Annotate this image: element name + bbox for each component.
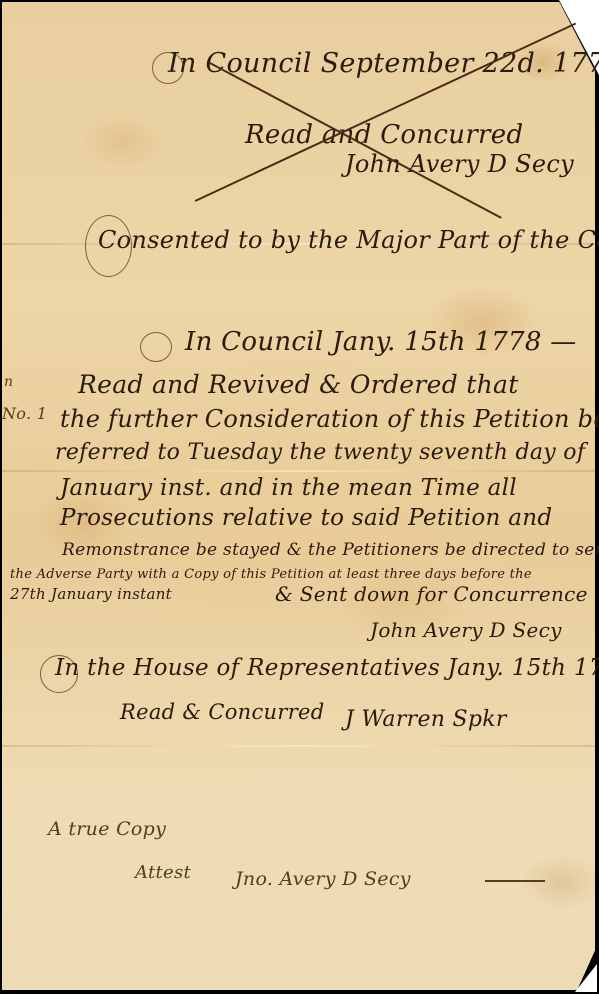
council-heading-1778: In Council Jany. 15th 1778 — (185, 327, 577, 357)
fold-line (2, 745, 595, 747)
signature-warren: J Warren Spkr (345, 707, 507, 732)
body-line: the further Consideration of this Petiti… (60, 405, 599, 433)
decorative-flourish (140, 332, 172, 362)
house-heading: In the House of Representatives Jany. 15… (55, 655, 599, 681)
insert-line: 27th January instant (10, 585, 172, 603)
body-line: referred to Tuesday the twenty seventh d… (55, 440, 585, 465)
signature-avery-1777: John Avery D Secy (345, 150, 574, 178)
signature-avery-1778: John Avery D Secy (370, 618, 562, 642)
sent-down-line: & Sent down for Concurrence (275, 582, 588, 606)
signature-tail (485, 880, 545, 882)
body-line: January inst. and in the mean Time all (60, 475, 517, 501)
body-line: Remonstrance be stayed & the Petitioners… (62, 540, 599, 560)
margin-note: n (4, 374, 13, 390)
signature-avery-attest: Jno. Avery D Secy (235, 868, 411, 890)
attest-line: Attest (135, 862, 191, 883)
insert-line: the Adverse Party with a Copy of this Pe… (10, 567, 532, 582)
read-concurred-1777: Read and Concurred (245, 120, 523, 150)
fold-line (2, 470, 595, 472)
margin-note: No. 1 (2, 404, 47, 423)
true-copy-line: A true Copy (48, 818, 166, 840)
house-read-concurred: Read & Concurred (120, 700, 325, 724)
body-line: Read and Revived & Ordered that (78, 370, 519, 399)
body-line: Prosecutions relative to said Petition a… (60, 505, 552, 531)
consent-line: Consented to by the Major Part of the Co… (98, 226, 599, 254)
